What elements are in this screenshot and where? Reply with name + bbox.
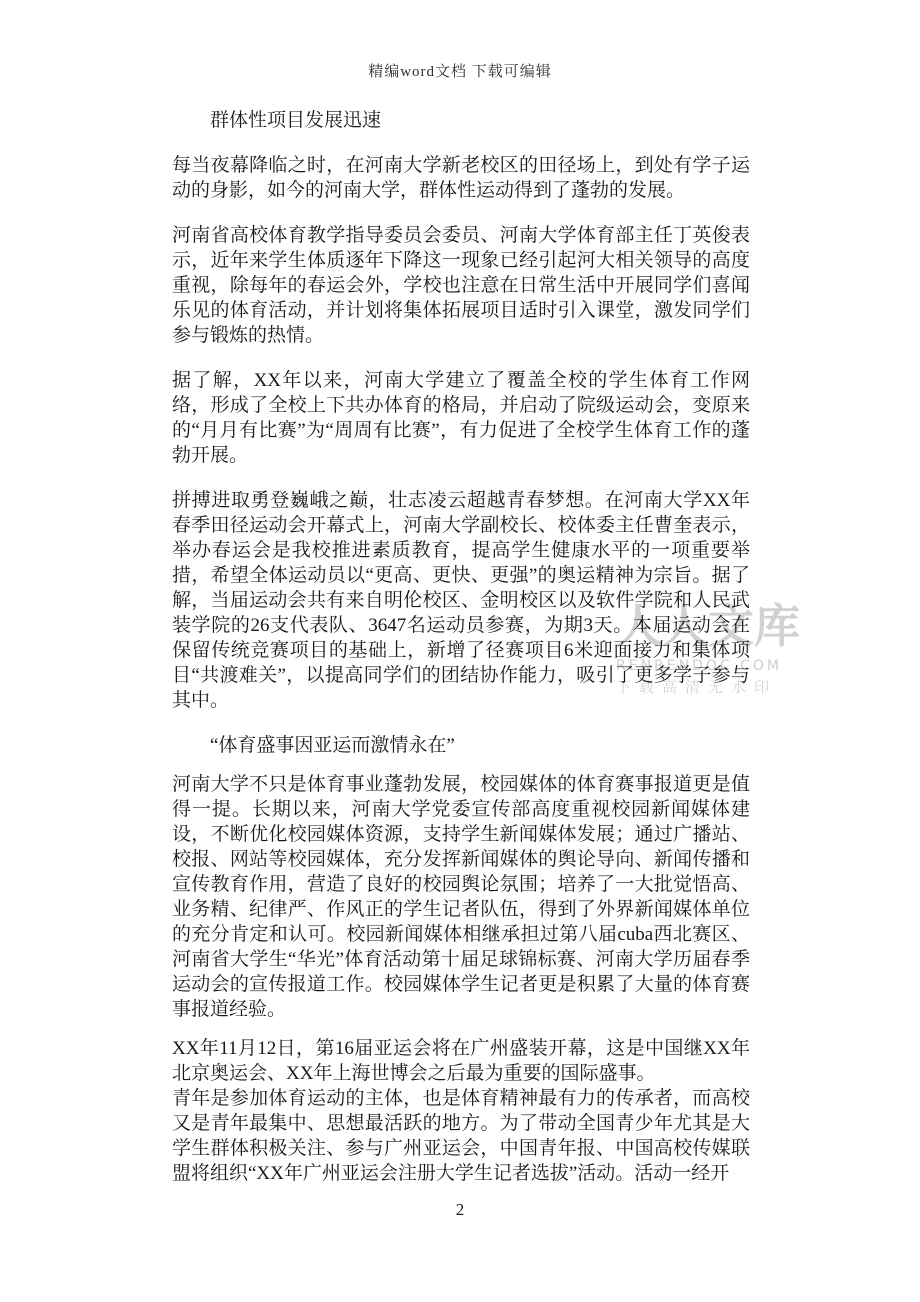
page-number: 2 (0, 1200, 920, 1220)
body-paragraph: 每当夜幕降临之时，在河南大学新老校区的田径场上，到处有学子运动的身影，如今的河南… (172, 153, 750, 203)
body-paragraph: 河南大学不只是体育事业蓬勃发展，校园媒体的体育赛事报道更是值得一提。长期以来，河… (172, 772, 750, 1022)
header-note: 精编word文档 下载可编辑 (0, 60, 920, 81)
body-paragraph: 青年是参加体育运动的主体，也是体育精神最有力的传承者，而高校又是青年最集中、思想… (172, 1086, 750, 1186)
section-heading: 群体性项目发展迅速 (172, 108, 750, 133)
document-page: 精编word文档 下载可编辑 人人文库 RENRENDOC.COM 下载高清无水… (0, 0, 920, 1302)
section-subheading: “体育盛事因亚运而激情永在” (172, 733, 750, 758)
body-paragraph: 据了解，XX年以来，河南大学建立了覆盖全校的学生体育工作网络，形成了全校上下共办… (172, 368, 750, 468)
body-paragraph: XX年11月12日，第16届亚运会将在广州盛装开幕，这是中国继XX年北京奥运会、… (172, 1036, 750, 1086)
document-body: 群体性项目发展迅速 每当夜幕降临之时，在河南大学新老校区的田径场上，到处有学子运… (172, 108, 750, 1186)
body-paragraph: 河南省高校体育教学指导委员会委员、河南大学体育部主任丁英俊表示，近年来学生体质逐… (172, 223, 750, 348)
body-paragraph: 拼搏进取勇登巍峨之巅，壮志凌云超越青春梦想。在河南大学XX年春季田径运动会开幕式… (172, 488, 750, 713)
